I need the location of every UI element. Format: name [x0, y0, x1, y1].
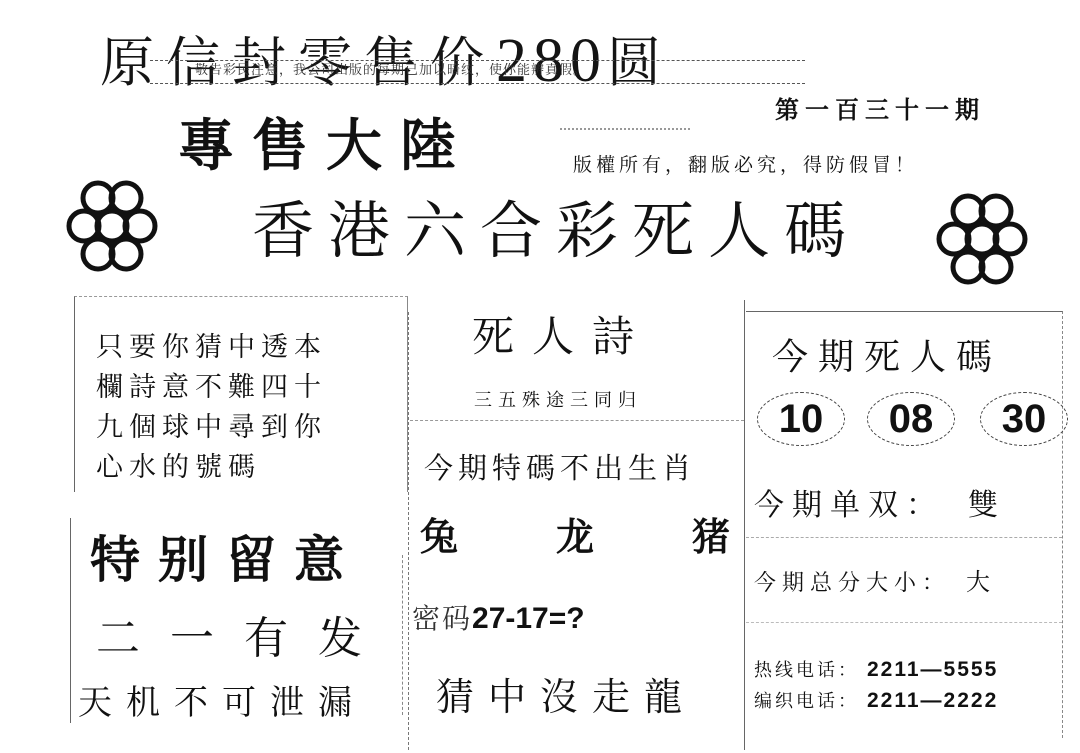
center-left-border — [408, 312, 409, 750]
zodiac-label: 今期特碼不出生肖 — [424, 446, 696, 487]
flower-icon — [62, 176, 162, 276]
total-size-row: 今期总分大小：大 — [754, 562, 996, 597]
notice-secret: 天机不可泄漏 — [78, 686, 366, 720]
secret-code-label: 密码 — [412, 602, 472, 635]
total-size-value: 大 — [966, 568, 996, 596]
notice-title: 特别留意 — [90, 535, 362, 585]
faint-divider — [560, 128, 690, 130]
center-right-border — [744, 300, 745, 750]
odd-even-value: 雙 — [968, 488, 1006, 523]
secret-code: 密码27-17=? — [412, 597, 585, 637]
anti-counterfeit-watermark: 敬告彩民注意，我公司出版的每期已加以暗纹，使你能辨真假。 — [150, 60, 805, 84]
hint-line: 只要你猜中透本 — [96, 328, 406, 368]
hint-line: 九個球中尋到你 — [96, 408, 406, 448]
number-ball: 30 — [980, 392, 1068, 446]
odd-even-label: 今期单双： — [754, 488, 944, 523]
hint-line: 心水的號碼 — [96, 448, 406, 488]
flower-icon — [932, 189, 1032, 289]
copyright-notice: 版權所有，翻版必究，得防假冒！ — [573, 150, 918, 177]
notice-hint: 二一有发 — [96, 617, 392, 661]
hint-text: 只要你猜中透本 欄詩意不難四十 九個球中尋到你 心水的號碼 — [96, 328, 406, 488]
slogan: 猜中沒走龍 — [436, 678, 696, 716]
notice-divider — [402, 555, 403, 715]
hotline-row: 热线电话：2211—5555 — [754, 656, 998, 682]
zodiac-item: 猪 — [692, 506, 730, 561]
odd-even-row: 今期单双：雙 — [754, 480, 1006, 524]
editor-phone-row: 编织电话：2211—2222 — [754, 687, 998, 713]
center-divider — [410, 420, 744, 421]
editor-phone-label: 编织电话： — [754, 691, 859, 712]
secret-code-expression: 27-17=? — [472, 602, 585, 635]
hotline-label: 热线电话： — [754, 660, 859, 681]
sold-in-label: 專售大陸 — [178, 118, 474, 174]
zodiac-item: 龙 — [556, 506, 594, 561]
zodiac-item: 兔 — [420, 506, 458, 561]
dead-numbers-title: 今期死人碼 — [772, 340, 1002, 376]
zodiac-list: 兔 龙 猪 — [420, 506, 730, 561]
total-size-label: 今期总分大小： — [754, 571, 950, 596]
poem-line: 三五殊途三同归 — [474, 386, 642, 412]
page-title: 香港六合彩死人碼 — [252, 200, 860, 262]
right-divider — [746, 537, 1062, 538]
number-ball: 10 — [757, 392, 845, 446]
hint-line: 欄詩意不難四十 — [96, 368, 406, 408]
issue-number: 第一百三十一期 — [775, 90, 985, 125]
hotline-number: 2211—5555 — [867, 658, 998, 681]
poem-title: 死人詩 — [472, 316, 652, 358]
number-ball: 08 — [867, 392, 955, 446]
right-divider — [746, 622, 1062, 623]
editor-phone-number: 2211—2222 — [867, 689, 998, 712]
